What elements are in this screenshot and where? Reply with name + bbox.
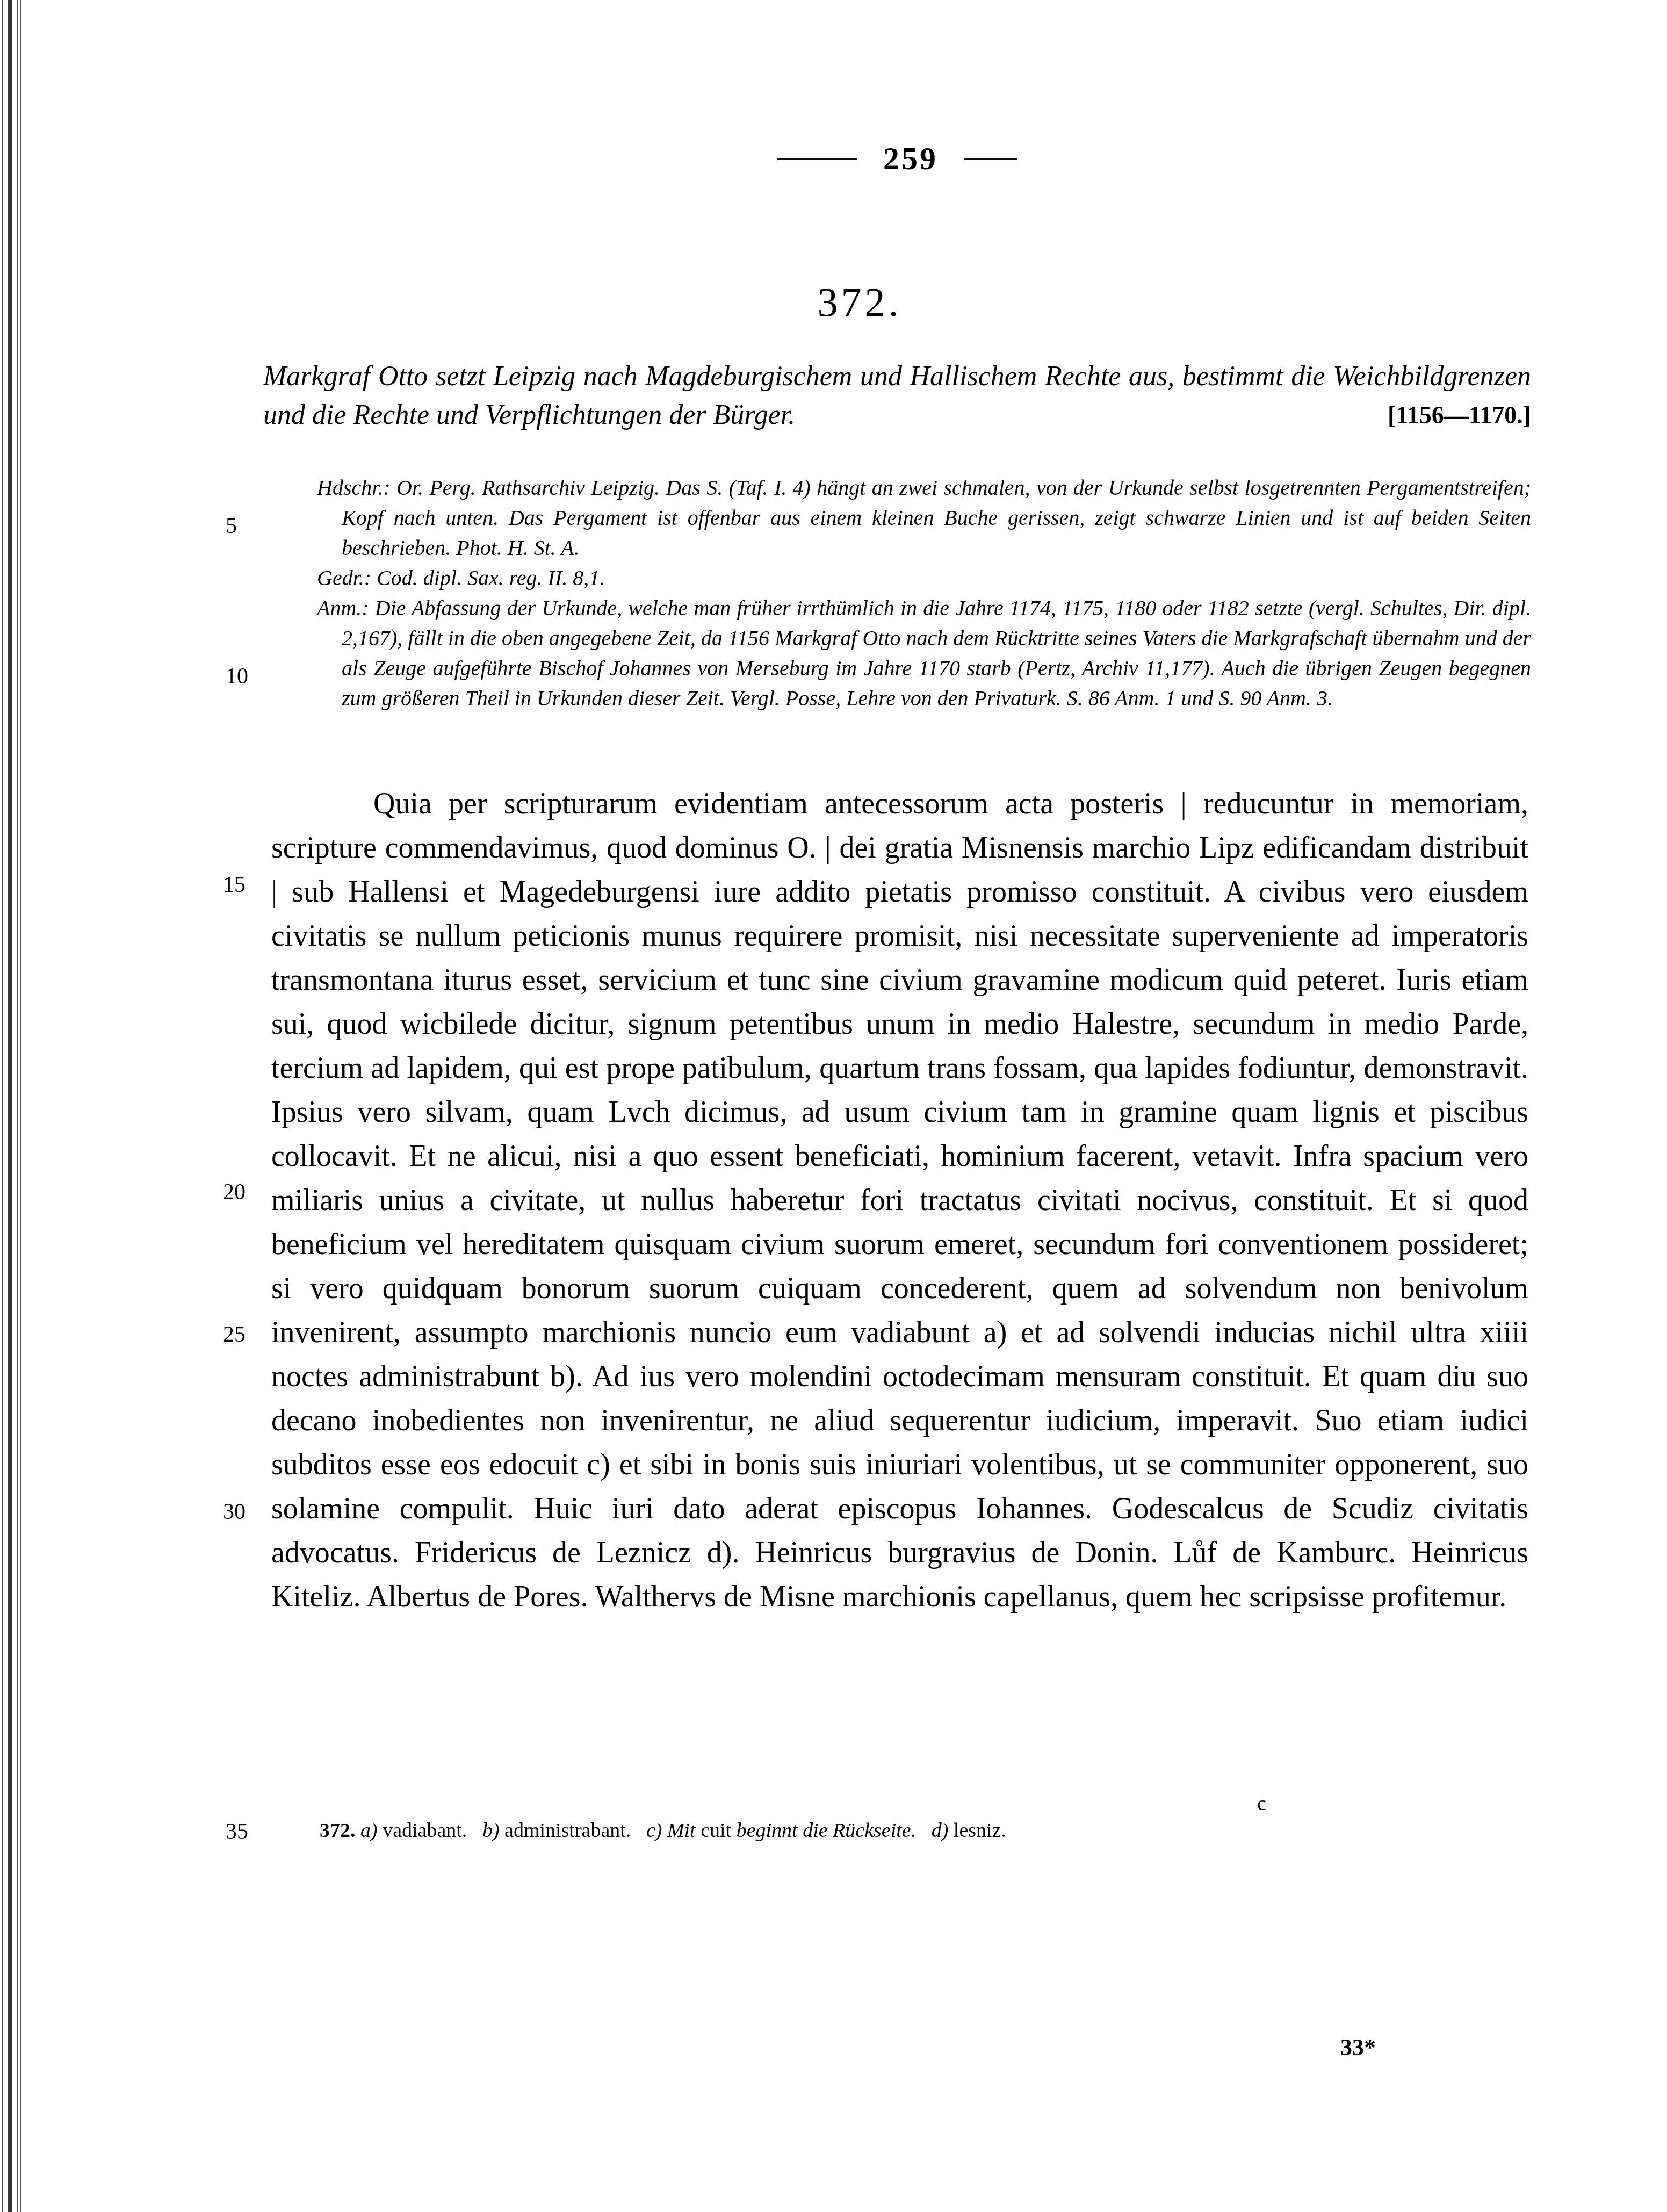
footnote-c-part1: Mit: [667, 1819, 696, 1842]
footnote-a: vadiabant.: [383, 1819, 467, 1842]
footnote-mark-b: b): [482, 1819, 500, 1842]
line-number: 20: [223, 1179, 246, 1205]
footnote-mark-d: d): [932, 1819, 949, 1842]
line-number: 5: [226, 513, 237, 539]
line-number: 30: [223, 1499, 246, 1525]
critical-apparatus: Hdschr.: Or. Perg. Rathsarchiv Leipzig. …: [317, 473, 1531, 714]
header-rule-right: [964, 158, 1017, 160]
apparatus-manuscript: Hdschr.: Or. Perg. Rathsarchiv Leipzig. …: [317, 473, 1531, 563]
regest-heading: Markgraf Otto setzt Leipzig nach Magdebu…: [263, 357, 1531, 435]
document-number: 372.: [795, 279, 924, 326]
line-number: 10: [226, 664, 248, 689]
footnote-c-part2: cuit: [701, 1819, 731, 1842]
footnotes: 372. a) vadiabant. b) administrabant. c)…: [320, 1819, 1287, 1842]
regest-text: Markgraf Otto setzt Leipzig nach Magdebu…: [263, 361, 1531, 430]
footnote-mark-a: a): [360, 1819, 378, 1842]
charter-text: Quia per scripturarum evidentiam anteces…: [271, 782, 1528, 1619]
footnote-mark-c: c): [646, 1819, 662, 1842]
line-number: 25: [223, 1322, 246, 1348]
footnote-c-overline: c: [1257, 1792, 1266, 1815]
page-number: 259: [883, 140, 938, 177]
footnote-c-part3: beginnt die Rückseite.: [737, 1819, 917, 1842]
scan-binding-edge: [0, 0, 21, 2212]
line-number: 15: [223, 872, 246, 898]
footnote-doc-ref: 372.: [320, 1819, 356, 1842]
header-rule-left: [777, 158, 857, 160]
signature-mark: 33*: [1340, 2034, 1376, 2061]
document-date: [1156—1170.]: [1388, 396, 1531, 435]
apparatus-printed: Gedr.: Cod. dipl. Sax. reg. II. 8,1.: [317, 563, 1531, 593]
line-number: 35: [226, 1819, 248, 1844]
footnote-d: lesniz.: [954, 1819, 1006, 1842]
charter-body: Quia per scripturarum evidentiam anteces…: [271, 782, 1528, 1619]
running-head: 259: [747, 142, 1048, 175]
footnote-b: administrabant.: [504, 1819, 631, 1842]
apparatus-note: Anm.: Die Abfassung der Urkunde, welche …: [317, 593, 1531, 714]
